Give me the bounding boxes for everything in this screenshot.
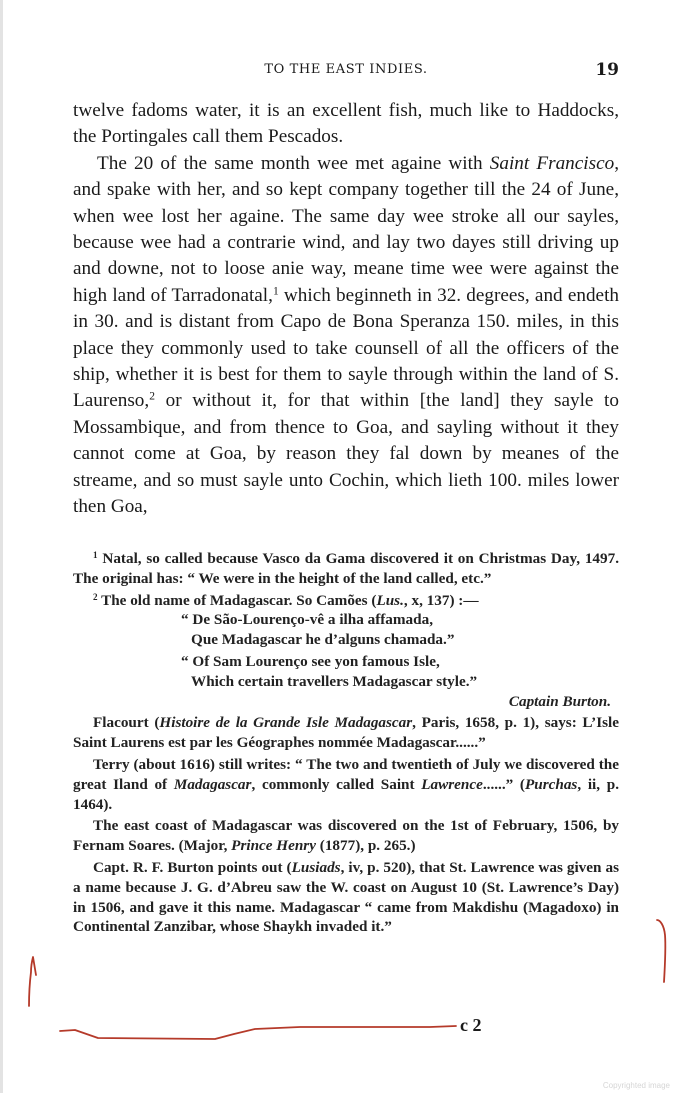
left-up-arrow-mark — [29, 957, 36, 1006]
page-edge-shadow — [0, 0, 3, 1093]
footnote-2: 2 The old name of Madagascar. So Camões … — [73, 591, 619, 611]
underline-mark — [60, 1026, 456, 1039]
note-east-coast: The east coast of Madagascar was discove… — [73, 816, 619, 856]
verse-attribution: Captain Burton. — [73, 692, 611, 712]
running-title: TO THE EAST INDIES. — [73, 62, 619, 77]
page-number: 19 — [595, 60, 619, 80]
running-head: TO THE EAST INDIES. 19 — [73, 60, 619, 80]
main-text: twelve fadoms water, it is an excellent … — [73, 98, 619, 521]
paragraph-2: The 20 of the same month wee met againe … — [73, 151, 619, 521]
ship-name: Saint Francisco — [490, 153, 614, 174]
note-burton: Capt. R. F. Burton points out (Lusiads, … — [73, 858, 619, 937]
footnote-1: 1 Natal, so called because Vasco da Gama… — [73, 549, 619, 589]
paragraph-1: twelve fadoms water, it is an excellent … — [73, 98, 619, 151]
verse-english: “ Of Sam Lourenço see yon famous Isle, W… — [181, 652, 619, 692]
note-flacourt: Flacourt (Histoire de la Grande Isle Mad… — [73, 713, 619, 753]
verse-portuguese: “ De São-Lourenço-vê a ilha affamada, Qu… — [181, 610, 619, 650]
right-bracket-mark — [657, 920, 665, 982]
signature-mark: c 2 — [460, 1015, 482, 1036]
note-terry: Terry (about 1616) still writes: “ The t… — [73, 755, 619, 814]
footnotes: 1 Natal, so called because Vasco da Gama… — [73, 549, 619, 937]
watermark: Copyrighted image — [603, 1081, 670, 1090]
